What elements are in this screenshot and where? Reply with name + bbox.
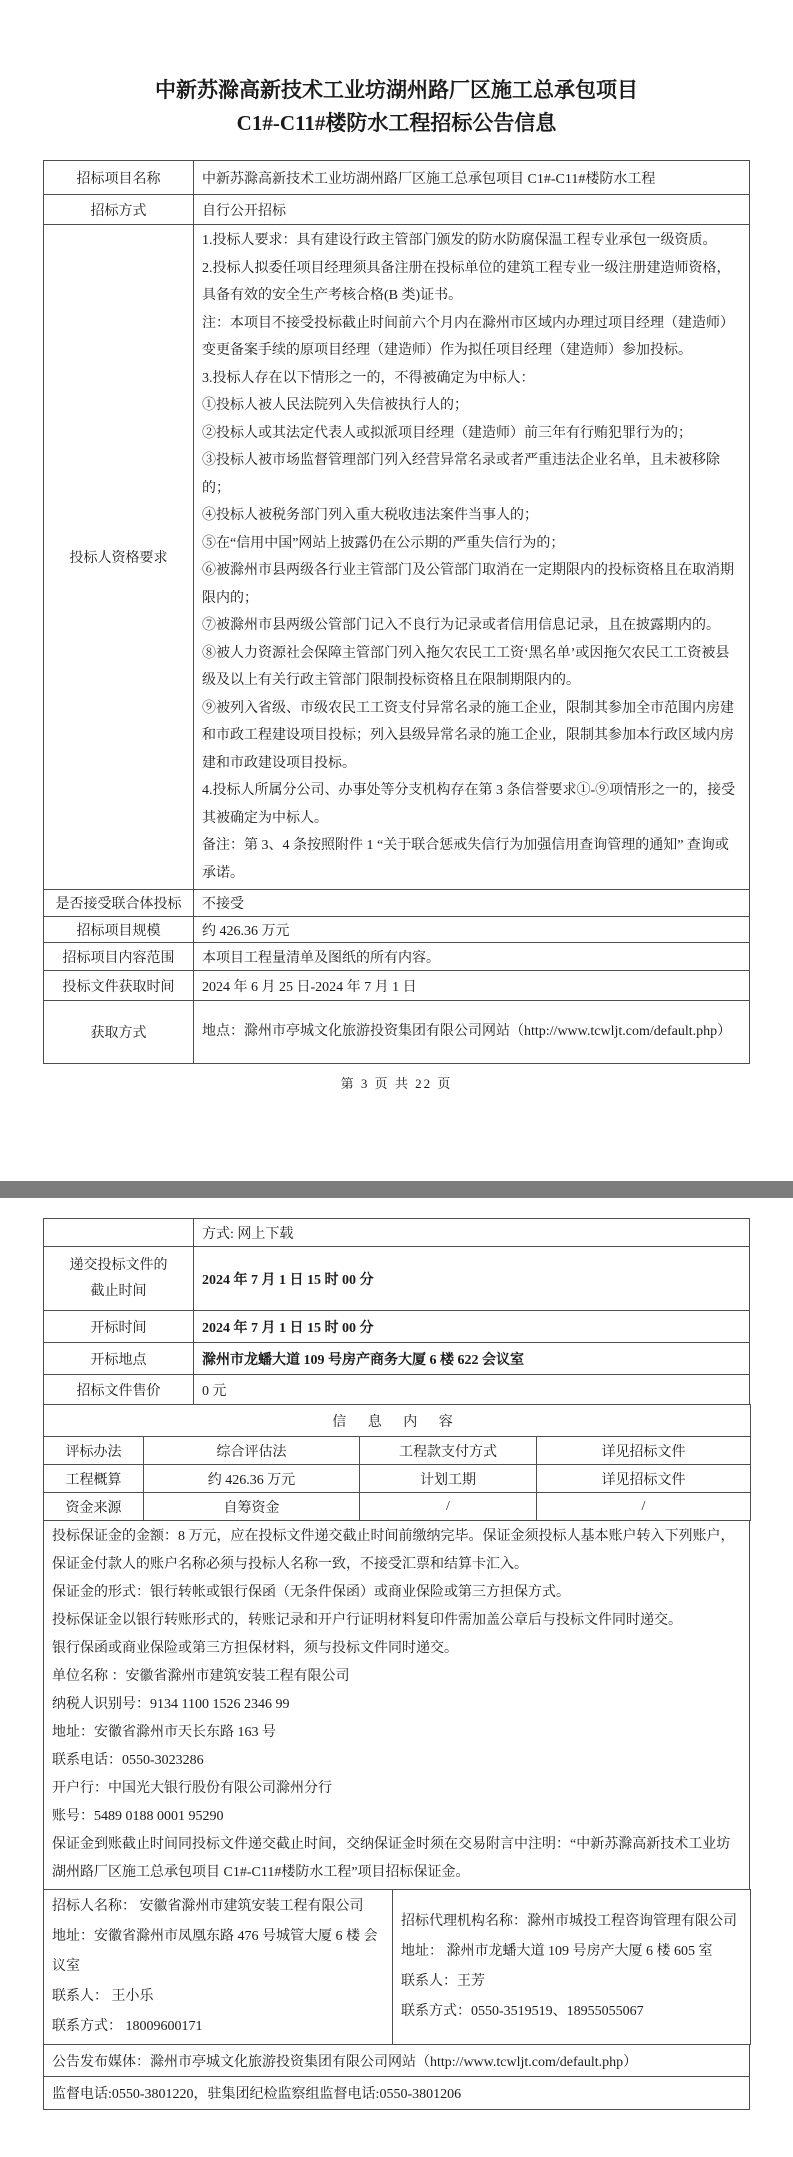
qualification-paragraph: ⑥被滁州市县两级各行业主管部门及公管部门取消在一定期限内的投标资格且在取消期限内… [202,557,741,612]
field-value: 详见招标文件 [537,1437,751,1465]
field-label: 计划工期 [360,1465,537,1493]
table-row: 投标文件获取时间 2024 年 6 月 25 日-2024 年 7 月 1 日 [44,971,750,1001]
qualification-requirements: 1.投标人要求：具有建设行政主管部门颁发的防水防腐保温工程专业承包一级资质。 2… [194,225,750,890]
info-content-table: 信 息 内 容 评标办法 综合评估法 工程款支付方式 详见招标文件 工程概算 约… [43,1404,751,1521]
field-label: 评标办法 [44,1437,144,1465]
field-value: 自行公开招标 [194,195,750,225]
agent-contact: 联系人：王芳 [401,1967,742,1997]
table-row: 招标方式 自行公开招标 [44,195,750,225]
field-label: 工程概算 [44,1465,144,1493]
table-row: 开标地点 滁州市龙蟠大道 109 号房产商务大厦 6 楼 622 会议室 [44,1343,750,1375]
deposit-paragraph: 投标保证金以银行转账形式的，转账记录和开户行证明材料复印件需加盖公章后与投标文件… [52,1607,741,1635]
field-value: 综合评估法 [144,1437,360,1465]
agent-name: 招标代理机构名称：滁州市城投工程咨询管理有限公司 [401,1907,742,1937]
document-page-1: 中新苏滁高新技术工业坊湖州路厂区施工总承包项目 C1#-C11#楼防水工程招标公… [0,0,793,1092]
deposit-details: 投标保证金的金额：8 万元，应在投标文件递交截止时间前缴纳完毕。保证金须投标人基… [44,1521,750,1890]
bidder-name: 招标人名称： 安徽省滁州市建筑安装工程有限公司 [52,1892,384,1922]
document-page-2: 方式: 网上下载 递交投标文件的 截止时间 2024 年 7 月 1 日 15 … [0,1218,793,2110]
field-label: 是否接受联合体投标 [44,890,194,917]
page-separator [0,1181,793,1198]
deposit-paragraph: 纳税人识别号：9134 1100 1526 2346 99 [52,1691,741,1719]
parties-table: 招标人名称： 安徽省滁州市建筑安装工程有限公司 地址：安徽省滁州市凤凰东路 47… [43,1889,751,2045]
table-row: 公告发布媒体：滁州市亭城文化旅游投资集团有限公司网站（http://www.tc… [44,2045,750,2077]
table-row: 监督电话:0550-3801220，驻集团纪检监察组监督电话:0550-3801… [44,2077,750,2110]
info-content-header: 信 息 内 容 [44,1405,751,1437]
field-label: 招标项目内容范围 [44,943,194,971]
field-value: / [360,1493,537,1521]
qualification-paragraph: 注：本项目不接受投标截止时间前六个月内在滁州市区域内办理过项目经理（建造师）变更… [202,310,741,365]
field-value: 滁州市龙蟠大道 109 号房产商务大厦 6 楼 622 会议室 [194,1343,750,1375]
field-label [44,1219,194,1247]
table-row: 方式: 网上下载 [44,1219,750,1247]
field-value: 2024 年 6 月 25 日-2024 年 7 月 1 日 [194,971,750,1001]
table-row: 招标文件售价 0 元 [44,1375,750,1405]
field-value: 0 元 [194,1375,750,1405]
title-line-2: C1#-C11#楼防水工程招标公告信息 [0,107,793,140]
field-value: / [537,1493,751,1521]
field-value: 详见招标文件 [537,1465,751,1493]
agent-address: 地址： 滁州市龙蟠大道 109 号房产大厦 6 楼 605 室 [401,1937,742,1967]
qualification-paragraph: ⑦被滁州市县两级公管部门记入不良行为记录或者信用信息记录，且在披露期内的。 [202,612,741,640]
qualification-paragraph: ①投标人被人民法院列入失信被执行人的； [202,392,741,420]
title-line-1: 中新苏滁高新技术工业坊湖州路厂区施工总承包项目 [0,74,793,107]
field-label: 招标项目规模 [44,917,194,943]
footer-rows-table: 公告发布媒体：滁州市亭城文化旅游投资集团有限公司网站（http://www.tc… [43,2044,750,2110]
agent-info: 招标代理机构名称：滁州市城投工程咨询管理有限公司 地址： 滁州市龙蟠大道 109… [393,1890,751,2045]
field-value: 约 426.36 万元 [194,917,750,943]
deposit-paragraph: 账号：5489 0188 0001 95290 [52,1803,741,1831]
qualification-paragraph: 1.投标人要求：具有建设行政主管部门颁发的防水防腐保温工程专业承包一级资质。 [202,227,741,255]
table-row: 资金来源 自筹资金 / / [44,1493,751,1521]
field-value: 2024 年 7 月 1 日 15 时 00 分 [194,1311,750,1343]
deposit-paragraph: 银行保函或商业保险或第三方担保材料，须与投标文件同时递交。 [52,1635,741,1663]
field-label: 招标方式 [44,195,194,225]
qualification-paragraph: 2.投标人拟委任项目经理须具备注册在投标单位的建筑工程专业一级注册建造师资格，具… [202,255,741,310]
deposit-paragraph: 保证金的形式：银行转帐或银行保函（无条件保函）或商业保险或第三方担保方式。 [52,1579,741,1607]
page-gap [0,1198,793,1218]
field-value: 约 426.36 万元 [144,1465,360,1493]
field-value: 地点：滁州市亭城文化旅游投资集团有限公司网站（http://www.tcwljt… [194,1001,750,1064]
document-title: 中新苏滁高新技术工业坊湖州路厂区施工总承包项目 C1#-C11#楼防水工程招标公… [0,0,793,140]
deposit-table: 投标保证金的金额：8 万元，应在投标文件递交截止时间前缴纳完毕。保证金须投标人基… [43,1520,750,1890]
deposit-paragraph: 地址：安徽省滁州市天长东路 163 号 [52,1719,741,1747]
field-label: 开标时间 [44,1311,194,1343]
field-value: 自筹资金 [144,1493,360,1521]
table-row: 递交投标文件的 截止时间 2024 年 7 月 1 日 15 时 00 分 [44,1247,750,1311]
table-row: 工程概算 约 426.36 万元 计划工期 详见招标文件 [44,1465,751,1493]
qualification-paragraph: 4.投标人所属分公司、办事处等分支机构存在第 3 条信誉要求①-⑨项情形之一的，… [202,777,741,832]
qualification-paragraph: ③投标人被市场监督管理部门列入经营异常名录或者严重违法企业名单，且未被移除的； [202,447,741,502]
bidder-address: 地址：安徽省滁州市凤凰东路 476 号城管大厦 6 楼 会议室 [52,1922,384,1982]
supervision-phone: 监督电话:0550-3801220，驻集团纪检监察组监督电话:0550-3801… [44,2077,750,2110]
deposit-paragraph: 联系电话：0550-3023286 [52,1747,741,1775]
field-label: 开标地点 [44,1343,194,1375]
bidder-info: 招标人名称： 安徽省滁州市建筑安装工程有限公司 地址：安徽省滁州市凤凰东路 47… [44,1890,393,2045]
field-label: 招标项目名称 [44,161,194,195]
table-row-parties: 招标人名称： 安徽省滁州市建筑安装工程有限公司 地址：安徽省滁州市凤凰东路 47… [44,1890,751,2045]
qualification-paragraph: ④投标人被税务部门列入重大税收违法案件当事人的； [202,502,741,530]
qualification-paragraph: ⑤在“信用中国”网站上披露仍在公示期的严重失信行为的； [202,530,741,558]
qualification-paragraph: 3.投标人存在以下情形之一的，不得被确定为中标人： [202,365,741,393]
deposit-paragraph: 投标保证金的金额：8 万元，应在投标文件递交截止时间前缴纳完毕。保证金须投标人基… [52,1523,741,1579]
table-row-qualification: 投标人资格要求 1.投标人要求：具有建设行政主管部门颁发的防水防腐保温工程专业承… [44,225,750,890]
field-value: 方式: 网上下载 [194,1219,750,1247]
field-value: 不接受 [194,890,750,917]
field-label: 招标文件售价 [44,1375,194,1405]
table-row-deposit: 投标保证金的金额：8 万元，应在投标文件递交截止时间前缴纳完毕。保证金须投标人基… [44,1521,750,1890]
deposit-paragraph: 单位名称 ：安徽省滁州市建筑安装工程有限公司 [52,1663,741,1691]
qualification-paragraph: 备注：第 3、4 条按照附件 1 “关于联合惩戒失信行为加强信用查询管理的通知”… [202,832,741,887]
table-row: 招标项目名称 中新苏滁高新技术工业坊湖州路厂区施工总承包项目 C1#-C11#楼… [44,161,750,195]
field-value: 中新苏滁高新技术工业坊湖州路厂区施工总承包项目 C1#-C11#楼防水工程 [194,161,750,195]
table-row: 招标项目规模 约 426.36 万元 [44,917,750,943]
bidder-contact: 联系人： 王小乐 [52,1982,384,2012]
qualification-paragraph: ②投标人或其法定代表人或拟派项目经理（建造师）前三年有行贿犯罪行为的； [202,420,741,448]
table-row: 评标办法 综合评估法 工程款支付方式 详见招标文件 [44,1437,751,1465]
page-number: 第 3 页 共 22 页 [0,1073,793,1092]
table-row: 招标项目内容范围 本项目工程量清单及图纸的所有内容。 [44,943,750,971]
table-row: 获取方式 地点：滁州市亭城文化旅游投资集团有限公司网站（http://www.t… [44,1001,750,1064]
table-row: 是否接受联合体投标 不接受 [44,890,750,917]
tender-info-table: 招标项目名称 中新苏滁高新技术工业坊湖州路厂区施工总承包项目 C1#-C11#楼… [43,160,750,1064]
field-label: 资金来源 [44,1493,144,1521]
field-label: 投标文件获取时间 [44,971,194,1001]
qualification-paragraph: ⑧被人力资源社会保障主管部门列入拖欠农民工工资‘黑名单’或因拖欠农民工工资被县级… [202,640,741,695]
field-label: 投标人资格要求 [44,225,194,890]
field-label: 递交投标文件的 截止时间 [44,1247,194,1311]
field-value: 本项目工程量清单及图纸的所有内容。 [194,943,750,971]
field-label: 工程款支付方式 [360,1437,537,1465]
deposit-paragraph: 开户行：中国光大银行股份有限公司滁州分行 [52,1775,741,1803]
field-label: 获取方式 [44,1001,194,1064]
table-row: 开标时间 2024 年 7 月 1 日 15 时 00 分 [44,1311,750,1343]
bidder-phone: 联系方式： 18009600171 [52,2012,384,2042]
field-value: 2024 年 7 月 1 日 15 时 00 分 [194,1247,750,1311]
submission-info-table: 方式: 网上下载 递交投标文件的 截止时间 2024 年 7 月 1 日 15 … [43,1218,750,1405]
publication-media: 公告发布媒体：滁州市亭城文化旅游投资集团有限公司网站（http://www.tc… [44,2045,750,2077]
agent-phone: 联系方式：0550-3519519、18955055067 [401,1997,742,2027]
qualification-paragraph: ⑨被列入省级、市级农民工工资支付异常名录的施工企业，限制其参加全市范围内房建和市… [202,695,741,778]
deposit-paragraph: 保证金到账截止时间同投标文件递交截止时间，交纳保证金时须在交易附言中注明：“中新… [52,1831,741,1887]
table-row-header: 信 息 内 容 [44,1405,751,1437]
